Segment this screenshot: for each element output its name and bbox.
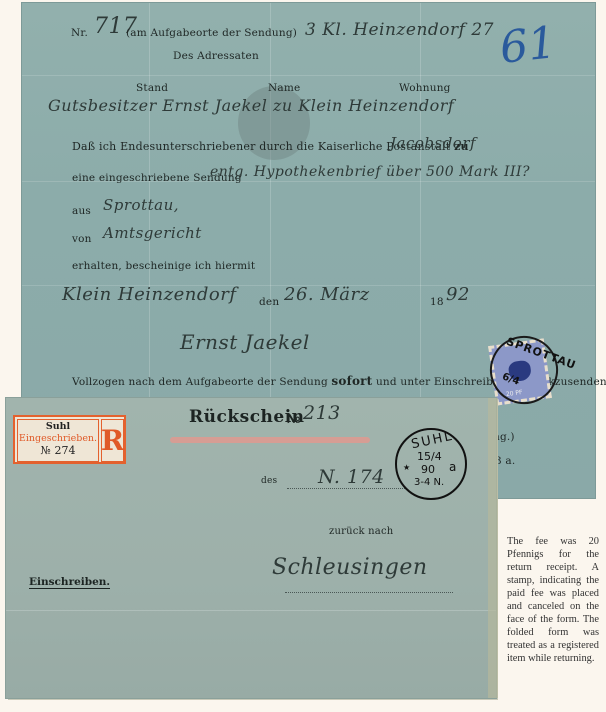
nr-label: Nr. [71, 27, 88, 39]
address-handwritten: 3 Kl. Heinzendorf 27 [305, 20, 494, 40]
year-handwritten: 92 [446, 284, 470, 305]
reg-label-text-box: Suhl Eingeschrieben. № 274 [17, 419, 99, 462]
line3-text: aus [72, 205, 91, 217]
postmark-suffix: a [449, 460, 456, 474]
rueckschein-no-label: № [287, 412, 300, 426]
postmark-time: 3-4 N. [414, 477, 444, 488]
postmark-town: SUHL [410, 429, 455, 453]
aus-handwritten: Sprottau, [103, 196, 179, 214]
postmark-date: 15/4 [417, 450, 442, 463]
year-prefix: 18 [430, 296, 444, 308]
addressee-handwritten: Gutsbesitzer Ernst Jaekel zu Klein Heinz… [48, 96, 454, 115]
column-stand: Stand [136, 82, 168, 94]
red-pencil-underline [170, 437, 370, 443]
right-fragment-2: 3 a. [495, 455, 515, 467]
reg-num-prefix: № [41, 444, 51, 457]
registration-label: Suhl Eingeschrieben. № 274 R [13, 415, 126, 464]
signature-handwritten: Ernst Jaekel [180, 330, 310, 354]
des-label: des [261, 476, 277, 486]
addressee-heading: Des Adressaten [173, 50, 259, 62]
footer-text-a: Vollzogen nach dem Aufgabeorte der Sendu… [72, 376, 328, 388]
einschreiben-label: Einschreiben. [29, 576, 110, 589]
reg-number: 274 [54, 444, 75, 457]
caption-text: The fee was 20 Pfennigs for the return r… [507, 535, 599, 665]
blue-crayon-mark: 61 [497, 17, 558, 74]
postanstalt-handwritten: Jacobsdorf [390, 134, 476, 152]
des-dotted-line [287, 488, 407, 489]
star-icon: ★ [403, 463, 410, 472]
column-name: Name [268, 82, 300, 94]
return-handwritten: Schleusingen [272, 555, 428, 580]
nr-suffix: (am Aufgabeorte der Sendung) [126, 27, 297, 39]
reg-letter-r: R [101, 419, 124, 462]
suhl-postmark: SUHL 15/4 90 3-4 N. a ★ [395, 428, 467, 500]
place-handwritten: Klein Heinzendorf [62, 284, 236, 305]
card-edge [488, 398, 498, 698]
des-handwritten: N. 174 [318, 466, 385, 488]
line5-text: erhalten, bescheinige ich hiermit [72, 260, 255, 272]
footer-bold: sofort [331, 374, 372, 388]
date-handwritten: 26. März [284, 284, 370, 305]
reg-town: Suhl [18, 421, 98, 433]
date-den: den [259, 296, 279, 308]
cancel-date: 6/4 [501, 371, 521, 387]
sendung-handwritten: entg. Hypothekenbrief über 500 Mark III? [210, 164, 530, 180]
postmark-year: 90 [421, 463, 435, 476]
rueckschein-no-handwritten: 213 [303, 402, 341, 424]
return-label: zurück nach [329, 526, 393, 537]
line4-text: von [72, 233, 92, 245]
von-handwritten: Amtsgericht [103, 224, 202, 242]
return-dotted-line [285, 592, 453, 593]
column-wohnung: Wohnung [399, 82, 451, 94]
